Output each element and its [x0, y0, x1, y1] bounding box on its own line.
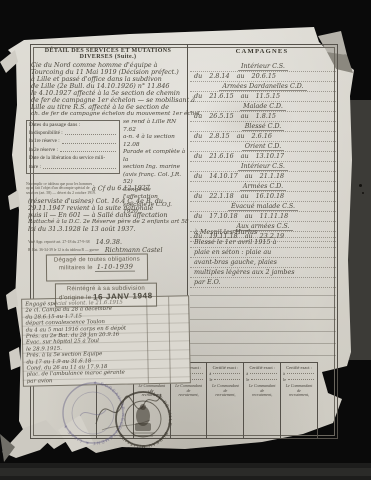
campaign-entry-label: Évacué malade C.S. — [190, 202, 336, 212]
scanned-register-page: DÉTAIL DES SERVICES ET MUTATIONS DIVERSE… — [0, 0, 371, 480]
wound-note-line: plaie en séton : plaie au — [190, 248, 336, 258]
signer-label: Le Commandantderecrutement, — [244, 384, 280, 398]
handwritten-line: loi du 31.3.1928 le 13 août 1937. — [28, 226, 186, 233]
dotted-leader — [251, 378, 277, 381]
campaign-entry-dates: du 2.8.15 au 2.6.16 — [190, 132, 336, 142]
visa-small-print: Visé App. reporté art. 27-18 du 27-9-38 — [28, 239, 90, 246]
campaign-entry-dates: du 17.10.18 au 11.11.18 — [190, 212, 336, 222]
handwritten-line: Parade et complète à la — [123, 149, 187, 164]
campaign-entry-dates: du 26.5.15 au 1.8.15 — [190, 112, 336, 122]
at-label: à — [283, 372, 285, 377]
campaign-entry-label: Armées C.D. — [190, 182, 336, 192]
dotted-leader — [250, 372, 277, 375]
wound-note-line: multiples légères aux 2 jambes — [190, 268, 336, 278]
dotted-leader — [213, 372, 240, 375]
slip-handwritten-lines: Engagé spécial volont. le 21.6.1915 2e c… — [25, 299, 146, 385]
campaign-entry-dates: du 22.1.18 au 16.10.18 — [190, 192, 336, 202]
passage-row-label: la 1re réserve : — [29, 137, 60, 146]
passage-dates-box: Dates du passage dans : la disponibilité… — [26, 120, 120, 174]
handwritten-overlay: à Cf du 6.12.1927 — [92, 184, 150, 192]
handwritten-line: a-n. 4 à la section 12.08 — [123, 134, 187, 149]
degage-stamp-line: militaires le 1-10-1939 — [48, 264, 146, 273]
passage-row-label: Date de la libération du service mili- — [29, 154, 105, 163]
visa-hand-date: 14.9.38. — [96, 239, 122, 246]
dotted-leader — [43, 163, 116, 170]
wound-note-line: Blessé le 1er avril 1915 à — [190, 238, 336, 248]
on-label: le — [246, 378, 249, 383]
campaigns-list: Intérieur C.S. du 2.8.14 au 20.6.15 Armé… — [190, 62, 336, 242]
passage-row-label: la 2e réserve : — [29, 146, 58, 155]
passage-row-label: taire : — [29, 163, 41, 172]
campaign-entry-dates: du 21.6.16 au 13.10.17 — [190, 152, 336, 162]
at-label: à — [209, 372, 211, 377]
wound-note-line: avant-bras gauche, plaies — [190, 258, 336, 268]
scan-bottom-band-inner — [0, 468, 371, 476]
campaign-entry-dates: du 2.8.14 au 20.6.15 — [190, 72, 336, 82]
campaign-entry-label: Orient C.D. — [190, 142, 336, 152]
degage-stamp: Dégagé de toutes obligations militaires … — [46, 253, 148, 281]
wound-note-line: à Mesnil-les-Hurlus — [190, 228, 336, 238]
slip-column-line — [146, 297, 149, 383]
campaign-entry-label: Malade C.D. — [190, 102, 336, 112]
handwritten-line: puis il — En 601 — à Sallé dans affectat… — [28, 212, 186, 219]
ink-speck — [362, 192, 364, 194]
cert-column: Certifié exact : à le Le Commandantderec… — [281, 363, 318, 438]
certify-label: Certifié exact : — [244, 365, 280, 370]
signer-label: Le Commandantderecrutement, — [281, 384, 317, 398]
passage-row-label: la disponibilité : — [29, 129, 63, 138]
raye-small-print: R. Bat. 36-34-39 le 12 is du tableau B —… — [28, 247, 99, 254]
dotted-leader — [287, 372, 314, 375]
pasted-slip: Engagé spécial volont. le 21.6.1915 2e c… — [21, 295, 191, 386]
slip-column-line — [168, 297, 171, 383]
campaign-entry-label: Blessé C.D. — [190, 122, 336, 132]
cert-column: Certifié exact : à le Le Commandantderec… — [244, 363, 281, 438]
campaign-entry-label: Intérieur C.S. — [190, 162, 336, 172]
wound-note: à Mesnil-les-Hurlus Blessé le 1er avril … — [190, 228, 336, 288]
degage-hand-date: 1-10-1939 — [95, 263, 136, 272]
dotted-leader — [60, 146, 116, 153]
services-handwritten-block: Cie du Nord comme homme d'équipe à Tourc… — [31, 62, 185, 118]
reintegration-stamp: Réintégré à sa subdivision d'origine le … — [55, 283, 157, 308]
reintegration-stamp-line: d'origine le 16 JANV 1948 — [57, 293, 155, 303]
dotted-leader — [62, 137, 116, 144]
campaign-entry-label: Armées Dardanelles C.D. — [190, 82, 336, 92]
certify-label: Certifié exact : — [281, 365, 317, 370]
handwritten-line: ch. de fer de campagne échelon du mouvem… — [31, 111, 185, 118]
campaign-entry-dates: du 21.6.15 au 11.5.15 — [190, 92, 336, 102]
cert-column: Certifié exact : à le Le Commandantderec… — [207, 363, 244, 438]
on-label: le — [283, 378, 286, 383]
on-label: le — [209, 378, 212, 383]
dotted-leader — [214, 378, 240, 381]
date-stamp-16-janv-1948: 16 JANV 1948 — [93, 292, 153, 301]
blank-ruled-lines — [190, 284, 336, 360]
visa-line: Visé App. reporté art. 27-18 du 27-9-38 … — [28, 239, 188, 246]
services-header: DÉTAIL DES SERVICES ET MUTATIONS DIVERSE… — [34, 48, 182, 60]
campaign-entry-dates: du 14.10.17 au 21.1.18 — [190, 172, 336, 182]
dotted-leader — [288, 378, 314, 381]
signer-label: Le Commandantderecrutement, — [207, 384, 243, 398]
dotted-leader — [65, 129, 116, 136]
handwritten-line: section Ing. marine — [123, 164, 187, 172]
handwritten-line: se rend à Lille RN 7.62 — [123, 119, 187, 134]
city-round-stamp-icon: · VILLE DE LILLE · BUREAU MILITAIRE · — [111, 387, 175, 451]
services-handwritten-lower: (réserviste d'usines) Cot. 16.4 C. 4e B.… — [28, 198, 186, 233]
signer-label: Le Commandantderecrutement, — [171, 384, 207, 398]
ink-speck — [359, 184, 362, 187]
campaign-entry-label: Intérieur C.S. — [190, 62, 336, 72]
certify-label: Certifié exact : — [207, 365, 243, 370]
campagnes-header: CAMPAGNES — [190, 48, 334, 55]
at-label: à — [246, 372, 248, 377]
handwritten-line: Lille au titre R.S. affecté à la 6e sect… — [31, 104, 185, 111]
